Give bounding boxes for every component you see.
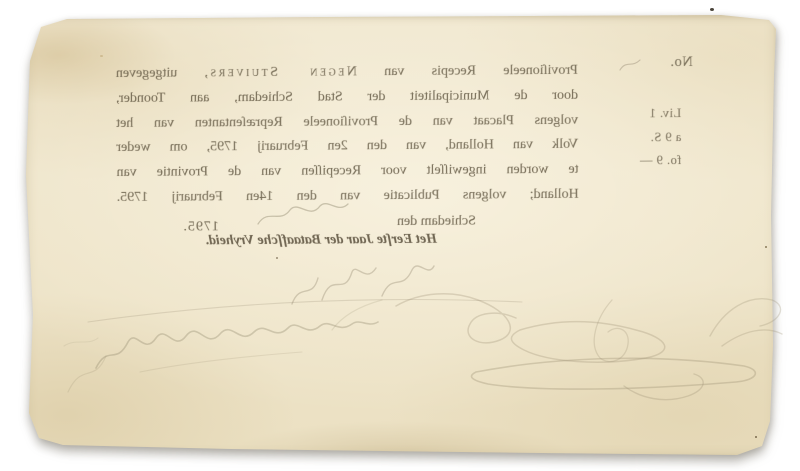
paper-speck xyxy=(755,436,757,438)
paper-speck xyxy=(276,257,278,259)
paper-speck xyxy=(100,55,103,57)
handwriting-showthrough xyxy=(0,0,800,471)
paper-speck xyxy=(765,246,767,248)
scanned-document: No. Liv. 1 a 9 S. fo. 9 — Proviſioneele … xyxy=(0,0,800,471)
paper-speck xyxy=(710,8,714,11)
